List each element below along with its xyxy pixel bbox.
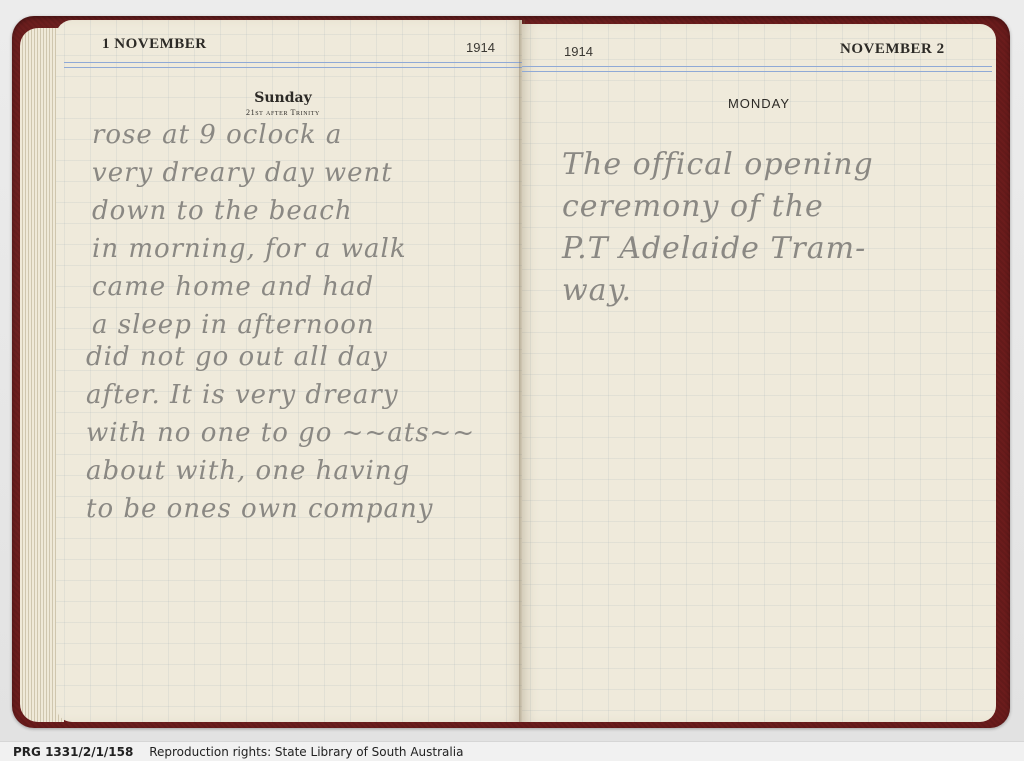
right-header-year: 1914 [564, 44, 593, 59]
left-header-date: 1 NOVEMBER [102, 36, 207, 53]
handwritten-line: very dreary day went [92, 154, 407, 192]
handwritten-line: down to the beach [92, 192, 407, 230]
handwritten-line: ceremony of the [562, 186, 874, 228]
left-header-year: 1914 [466, 40, 495, 55]
handwritten-line: way. [562, 270, 874, 312]
handwritten-line: in morning, for a walk [92, 230, 407, 268]
reproduction-rights: Reproduction rights: State Library of So… [149, 745, 463, 759]
left-page: 1 NOVEMBER 1914 Sunday 21st after Trinit… [56, 20, 522, 722]
handwritten-entry-left-continued: did not go out all day after. It is very… [86, 338, 475, 528]
handwritten-line: after. It is very dreary [86, 376, 475, 414]
handwritten-line: did not go out all day [86, 338, 475, 376]
handwritten-line: about with, one having [86, 452, 475, 490]
handwritten-line: to be ones own company [86, 490, 475, 528]
handwritten-line: The offical opening [562, 144, 874, 186]
catalogue-reference: PRG 1331/2/1/158 [13, 745, 133, 759]
handwritten-line: rose at 9 oclock a [92, 116, 407, 154]
header-rule [64, 62, 522, 68]
handwritten-line: with no one to go ~~ats~~ [86, 414, 475, 452]
handwritten-line: P.T Adelaide Tram- [562, 228, 874, 270]
handwritten-entry-left: rose at 9 oclock a very dreary day went … [92, 116, 407, 344]
handwritten-line: came home and had [92, 268, 407, 306]
handwritten-entry-right: The offical opening ceremony of the P.T … [562, 144, 874, 312]
right-page: 1914 NOVEMBER 2 MONDAY The offical openi… [522, 24, 996, 722]
day-name-sunday: Sunday [50, 90, 516, 106]
day-name-monday: MONDAY [522, 96, 996, 111]
header-rule [522, 66, 992, 72]
right-header-date: NOVEMBER 2 [840, 41, 945, 58]
caption-bar: PRG 1331/2/1/158 Reproduction rights: St… [0, 741, 1024, 761]
